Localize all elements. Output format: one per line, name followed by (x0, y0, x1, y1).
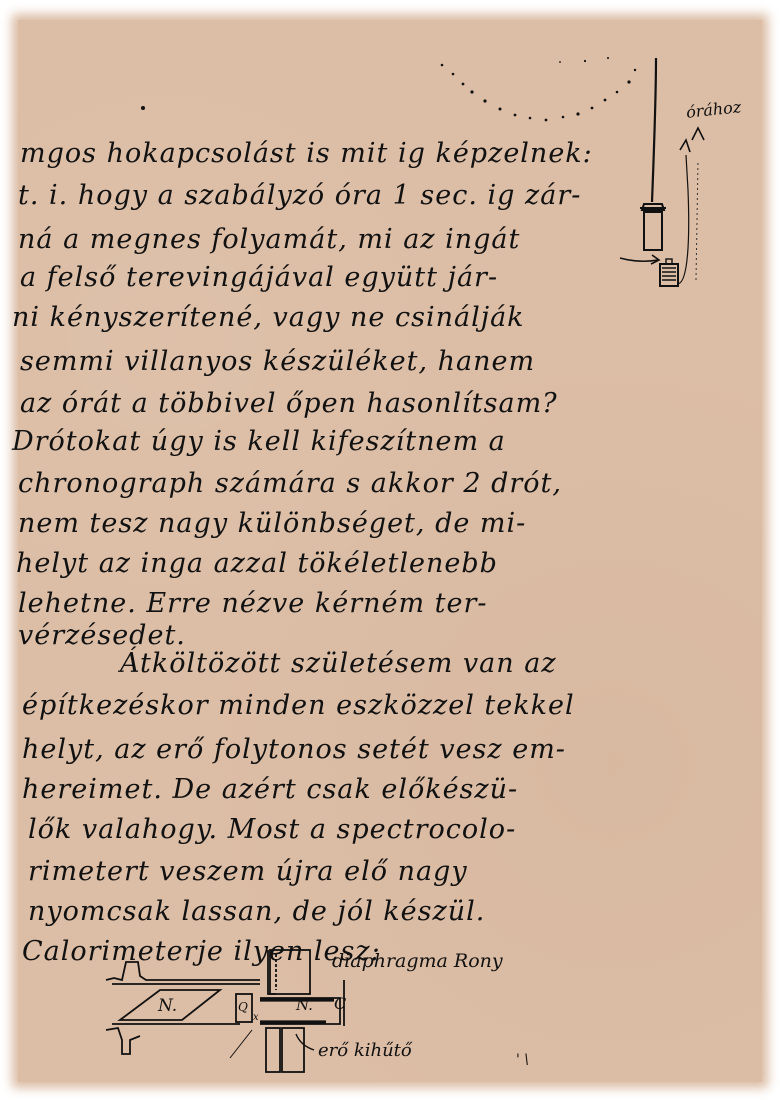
text-line-9: chronograph számára s akkor 2 drót, (18, 468, 562, 499)
text-line-13: vérzésedet. (18, 620, 186, 651)
text-line-6: semmi villanyos készüléket, hanem (20, 346, 535, 377)
text-line-1: mgos hokapcsolást is mit ig képzelnek: (20, 138, 593, 169)
mark-x-label: x (253, 1012, 259, 1023)
swing-arc-dots (441, 57, 637, 121)
text-line-5: ni kényszerítené, vagy ne csinálják (12, 302, 525, 333)
mark-c-label: C (334, 994, 346, 1013)
text-line-7: az órát a többivel őpen hasonlítsam? (20, 388, 558, 419)
text-line-14: Átköltözött születésem van az (120, 648, 557, 679)
text-line-4: a felső terevingájával együtt jár- (20, 262, 498, 293)
text-line-2: t. i. hogy a szabályzó óra 1 sec. ig zár… (18, 180, 581, 211)
text-line-3: ná a megnes folyamát, mi az ingát (18, 224, 520, 255)
text-line-8: Drótokat úgy is kell kifeszítnem a (12, 426, 506, 457)
pendulum-rod (652, 58, 656, 202)
text-line-19: rimetert veszem újra elő nagy (28, 856, 468, 887)
text-line-17: hereimet. De azért csak előkészü- (22, 774, 518, 805)
quartz-label: Q (238, 1000, 248, 1014)
text-line-16: helyt, az erő folytonos setét vesz em- (22, 734, 566, 765)
text-line-15: építkezéskor minden eszközzel tekkel (22, 690, 575, 721)
pendulum-bob (644, 212, 662, 250)
text-line-20: nyomcsak lassan, de jól készül. (28, 896, 485, 927)
ink-dot (141, 106, 145, 110)
text-line-11: helyt az inga azzal tökéletlenebb (16, 548, 498, 579)
diaphragm-label: diaphragma Rony (332, 950, 503, 972)
trailing-mark: ' \ (516, 1052, 529, 1068)
block-left-label: N. (158, 996, 177, 1016)
block-right-label: N. (296, 996, 313, 1014)
heat-shield-label: erő kihűtő (318, 1040, 412, 1061)
text-line-18: lők valahogy. Most a spectrocolo- (28, 814, 516, 845)
text-line-10: nem tesz nagy különbséget, de mi- (18, 508, 526, 539)
text-line-12: lehetne. Erre nézve kérném ter- (18, 588, 488, 619)
